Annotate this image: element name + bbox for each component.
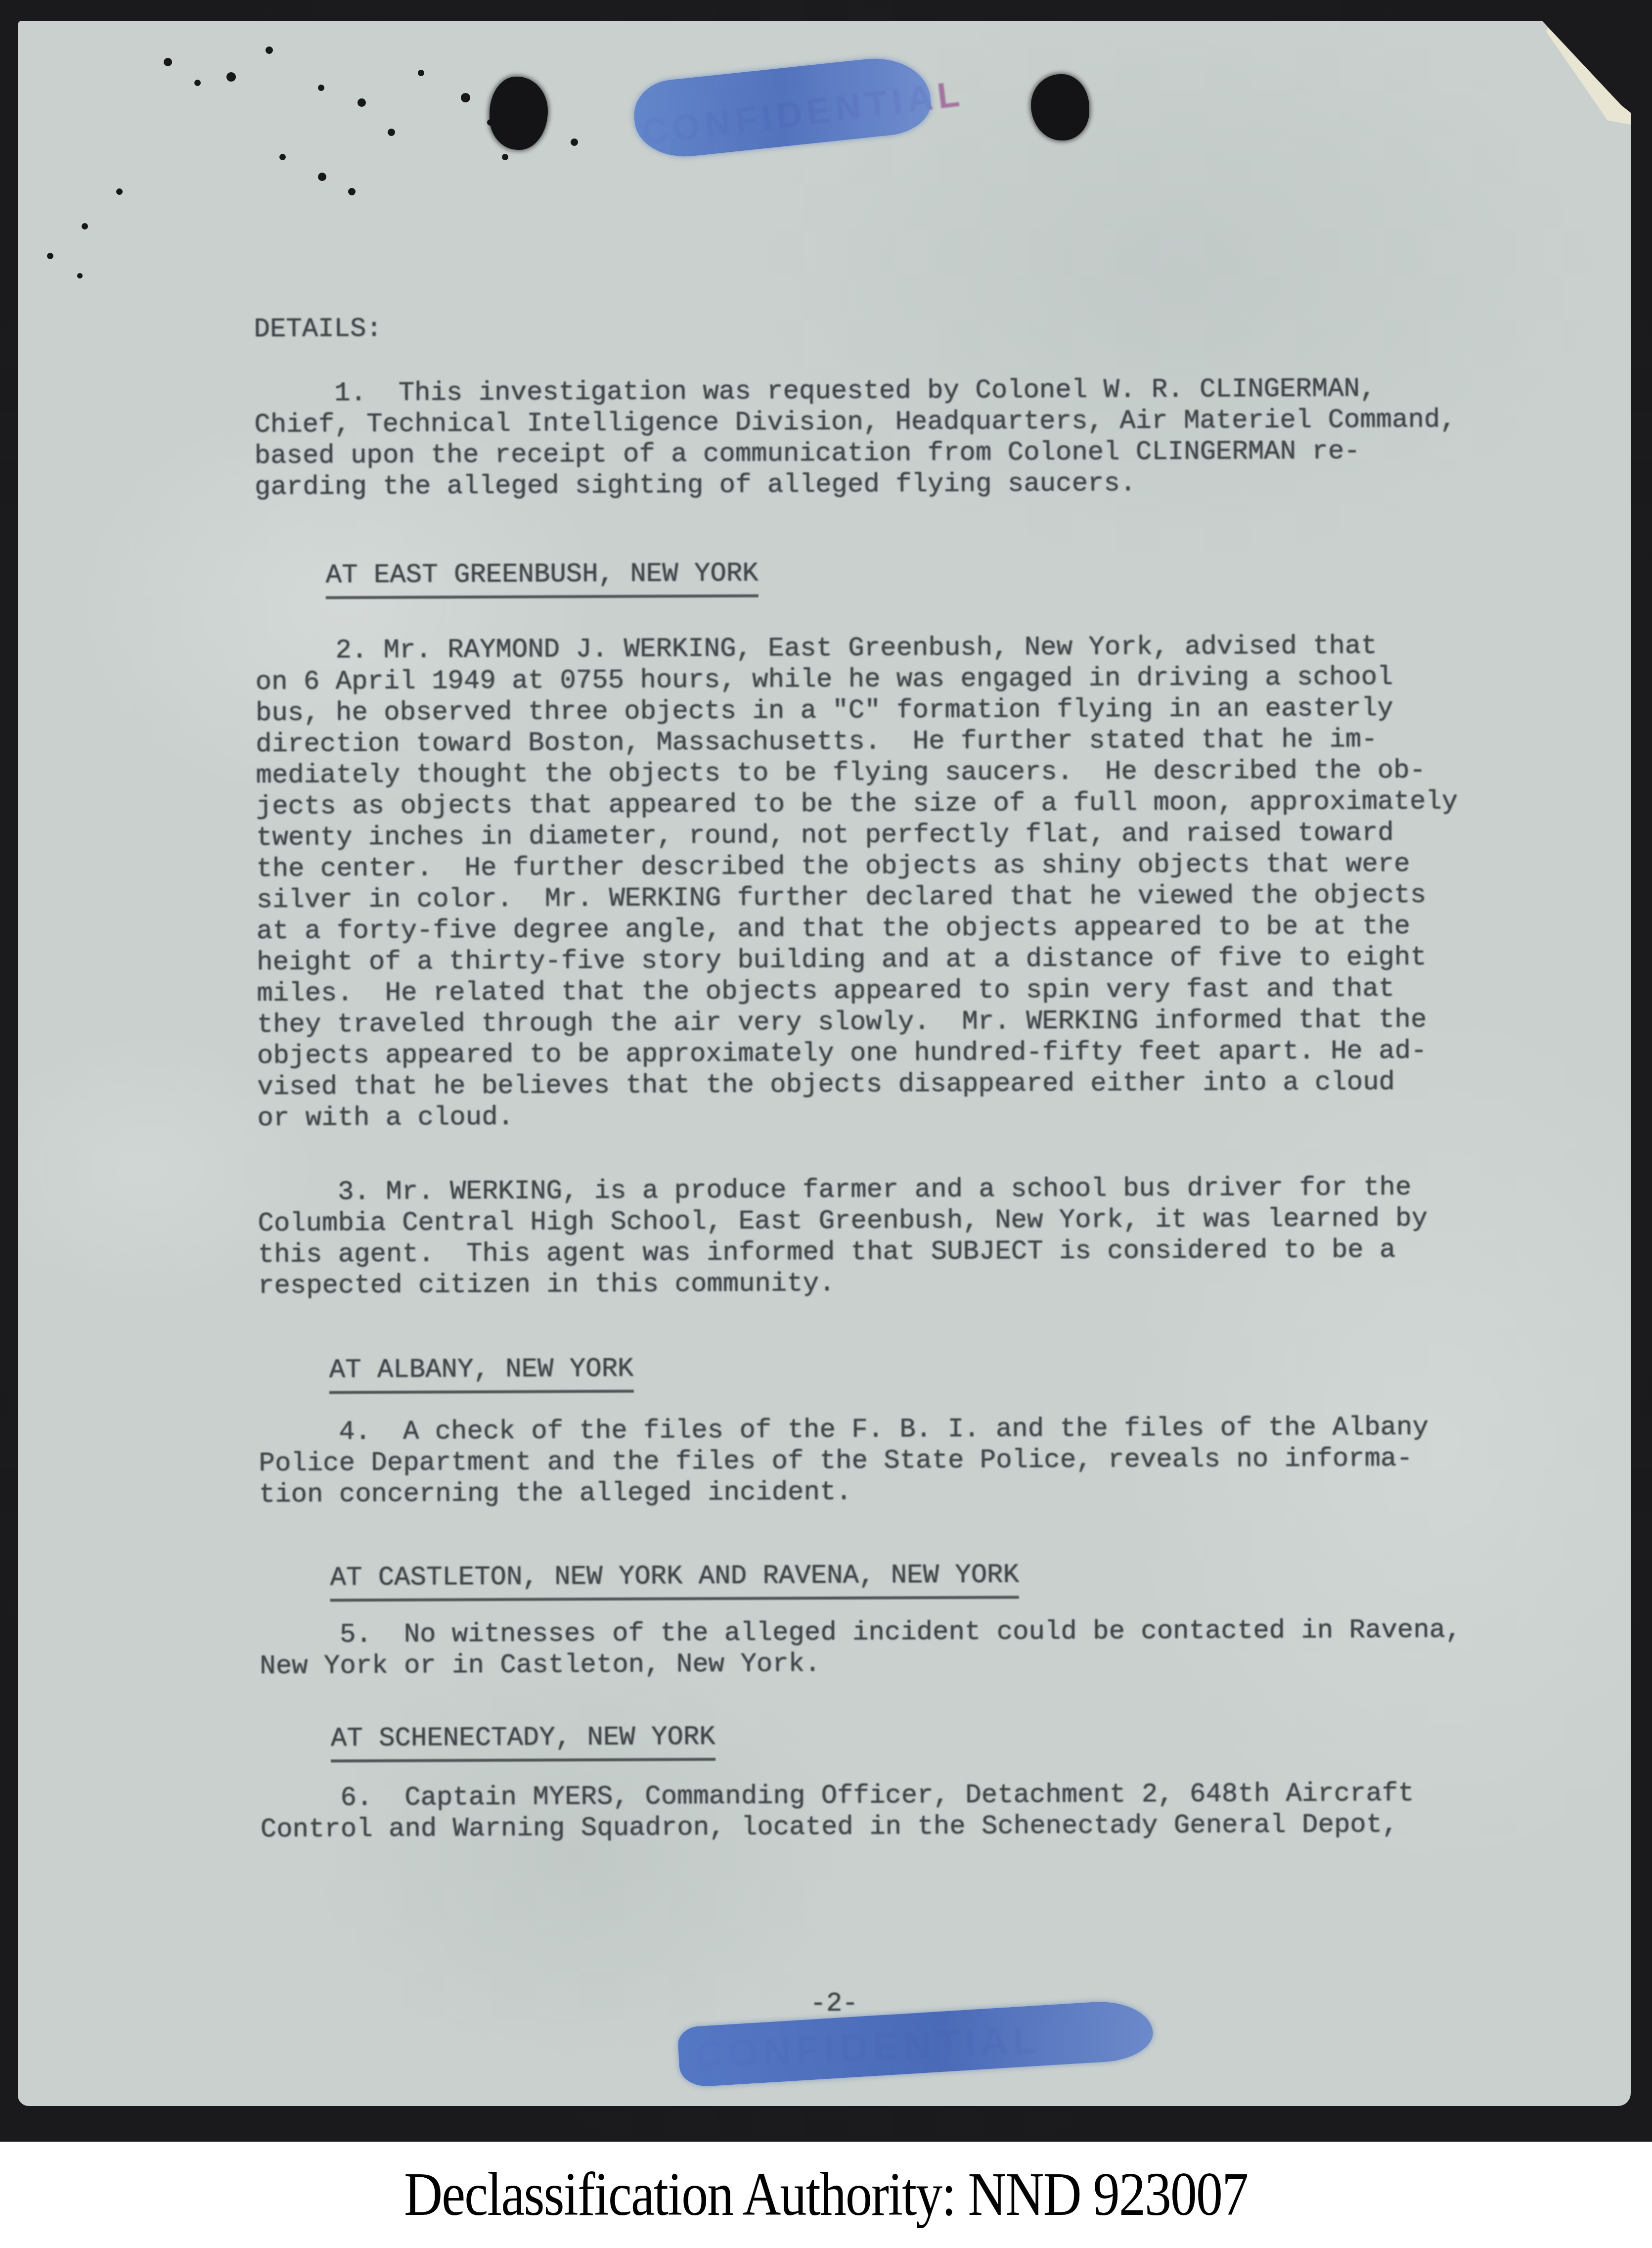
section-heading-castleton-ravena: AT CASTLETON, NEW YORK AND RAVENA, NEW Y…: [330, 1560, 1019, 1602]
typewritten-text-layer: DETAILS: 1. This investigation was reque…: [13, 17, 1635, 2110]
section-heading-east-greenbush-label: AT EAST GREENBUSH, NEW YORK: [326, 558, 759, 599]
section-heading-schenectady-label: AT SCHENECTADY, NEW YORK: [331, 1722, 715, 1762]
paragraph-2: 2. Mr. RAYMOND J. WERKING, East Greenbus…: [255, 630, 1523, 1134]
paragraph-1: 1. This investigation was requested by C…: [254, 373, 1520, 503]
paragraph-3: 3. Mr. WERKING, is a produce farmer and …: [258, 1172, 1524, 1302]
section-heading-castleton-ravena-label: AT CASTLETON, NEW YORK AND RAVENA, NEW Y…: [330, 1560, 1019, 1602]
details-heading: DETAILS:: [254, 309, 1519, 345]
section-heading-albany: AT ALBANY, NEW YORK: [329, 1354, 634, 1394]
paragraph-6: 6. Captain MYERS, Commanding Officer, De…: [260, 1778, 1526, 1845]
paragraph-4: 4. A check of the files of the F. B. I. …: [259, 1412, 1525, 1511]
paragraph-5: 5. No witnesses of the alleged incident …: [260, 1614, 1526, 1682]
section-heading-east-greenbush: AT EAST GREENBUSH, NEW YORK: [326, 558, 759, 599]
page-number: -2-: [810, 1988, 858, 2019]
declassification-banner: Declassification Authority: NND 923007: [0, 2142, 1652, 2248]
section-heading-schenectady: AT SCHENECTADY, NEW YORK: [331, 1722, 715, 1762]
document-scan-background: CONFIDENTIAL DETAILS: 1. This investigat…: [0, 0, 1652, 2142]
section-heading-albany-label: AT ALBANY, NEW YORK: [329, 1354, 634, 1394]
declassification-authority-text: Declassification Authority: NND 923007: [404, 2159, 1248, 2231]
paper-page: CONFIDENTIAL DETAILS: 1. This investigat…: [18, 21, 1631, 2106]
